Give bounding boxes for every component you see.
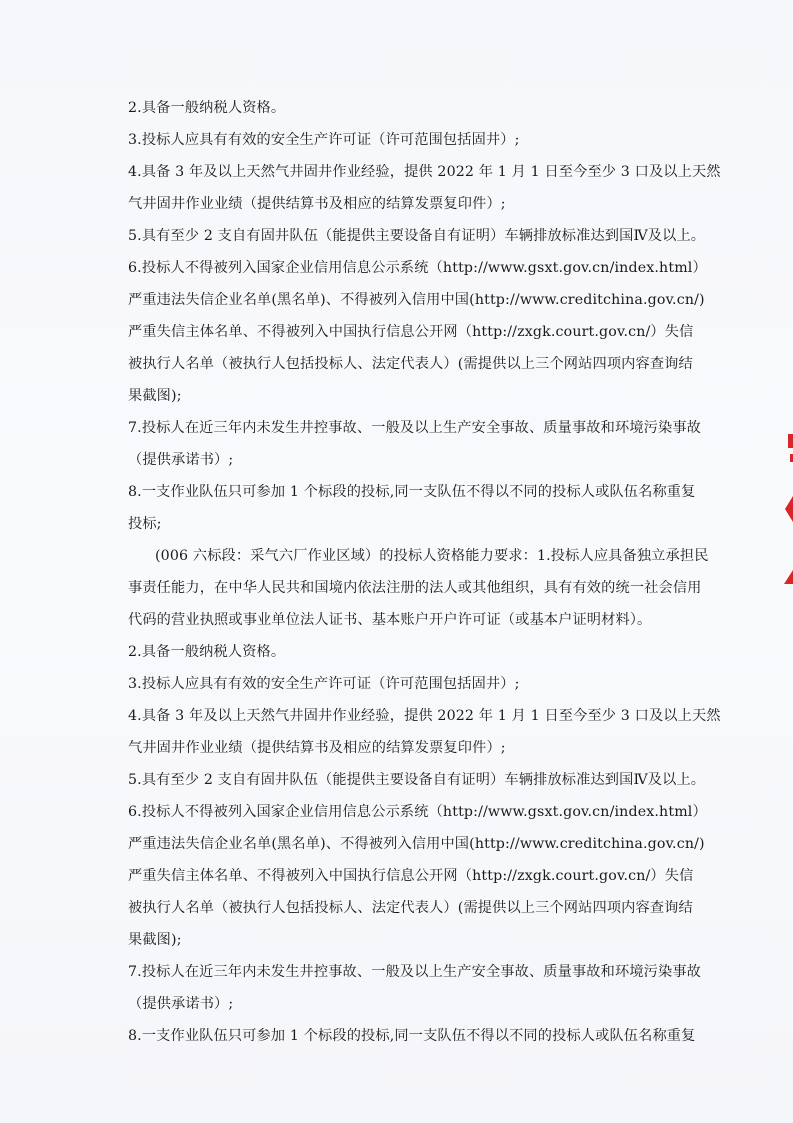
document-page: 2.具备一般纳税人资格。 3.投标人应具有有效的安全生产许可证（许可范围包括固井… [0,0,793,1123]
text-line: 6.投标人不得被列入国家企业信用信息公示系统（http://www.gsxt.g… [128,252,684,284]
text-line: （提供承诺书）; [128,988,684,1020]
text-line: 代码的营业执照或事业单位法人证书、基本账户开户许可证（或基本户证明材料）。 [128,604,684,636]
text-line: 严重违法失信企业名单(黑名单)、不得被列入信用中国(http://www.cre… [128,284,684,316]
text-line: 2.具备一般纳税人资格。 [128,92,684,124]
text-line: 5.具有至少 2 支自有固井队伍（能提供主要设备自有证明）车辆排放标准达到国Ⅳ及… [128,764,684,796]
text-line: 严重违法失信企业名单(黑名单)、不得被列入信用中国(http://www.cre… [128,828,684,860]
text-line: 4.具备 3 年及以上天然气井固井作业经验，提供 2022 年 1 月 1 日至… [128,700,684,732]
text-line: 7.投标人在近三年内未发生井控事故、一般及以上生产安全事故、质量事故和环境污染事… [128,412,684,444]
text-line: 被执行人名单（被执行人包括投标人、法定代表人）(需提供以上三个网站四项内容查询结 [128,892,684,924]
text-line: 8.一支作业队伍只可参加 1 个标段的投标,同一支队伍不得以不同的投标人或队伍名… [128,476,684,508]
text-line: 被执行人名单（被执行人包括投标人、法定代表人）(需提供以上三个网站四项内容查询结 [128,348,684,380]
text-line: 7.投标人在近三年内未发生井控事故、一般及以上生产安全事故、质量事故和环境污染事… [128,956,684,988]
text-line: 4.具备 3 年及以上天然气井固井作业经验，提供 2022 年 1 月 1 日至… [128,156,684,188]
text-line: 3.投标人应具有有效的安全生产许可证（许可范围包括固井）; [128,124,684,156]
text-line: （提供承诺书）; [128,444,684,476]
text-line: 6.投标人不得被列入国家企业信用信息公示系统（http://www.gsxt.g… [128,796,684,828]
text-line: 气井固井作业业绩（提供结算书及相应的结算发票复印件）; [128,732,684,764]
seal-stamp-edge [779,430,793,590]
text-line: 事责任能力，在中华人民共和国境内依法注册的法人或其他组织，具有有效的统一社会信用 [128,572,684,604]
text-line: 3.投标人应具有有效的安全生产许可证（许可范围包括固井）; [128,668,684,700]
stamp-mark [788,434,793,448]
text-line: 8.一支作业队伍只可参加 1 个标段的投标,同一支队伍不得以不同的投标人或队伍名… [128,1020,684,1052]
text-line: 投标; [128,508,684,540]
stamp-mark [785,496,793,522]
text-line: 严重失信主体名单、不得被列入中国执行信息公开网（http://zxgk.cour… [128,860,684,892]
text-line: 气井固井作业业绩（提供结算书及相应的结算发票复印件）; [128,188,684,220]
text-line: 严重失信主体名单、不得被列入中国执行信息公开网（http://zxgk.cour… [128,316,684,348]
text-line: 果截图); [128,380,684,412]
text-line: 果截图); [128,924,684,956]
text-line: 5.具有至少 2 支自有固井队伍（能提供主要设备自有证明）车辆排放标准达到国Ⅳ及… [128,220,684,252]
text-line: 2.具备一般纳税人资格。 [128,636,684,668]
document-body: 2.具备一般纳税人资格。 3.投标人应具有有效的安全生产许可证（许可范围包括固井… [128,92,684,1052]
stamp-mark [784,570,793,584]
section-heading-line: (006 六标段：采气六厂作业区域）的投标人资格能力要求：1.投标人应具备独立承… [128,540,684,572]
